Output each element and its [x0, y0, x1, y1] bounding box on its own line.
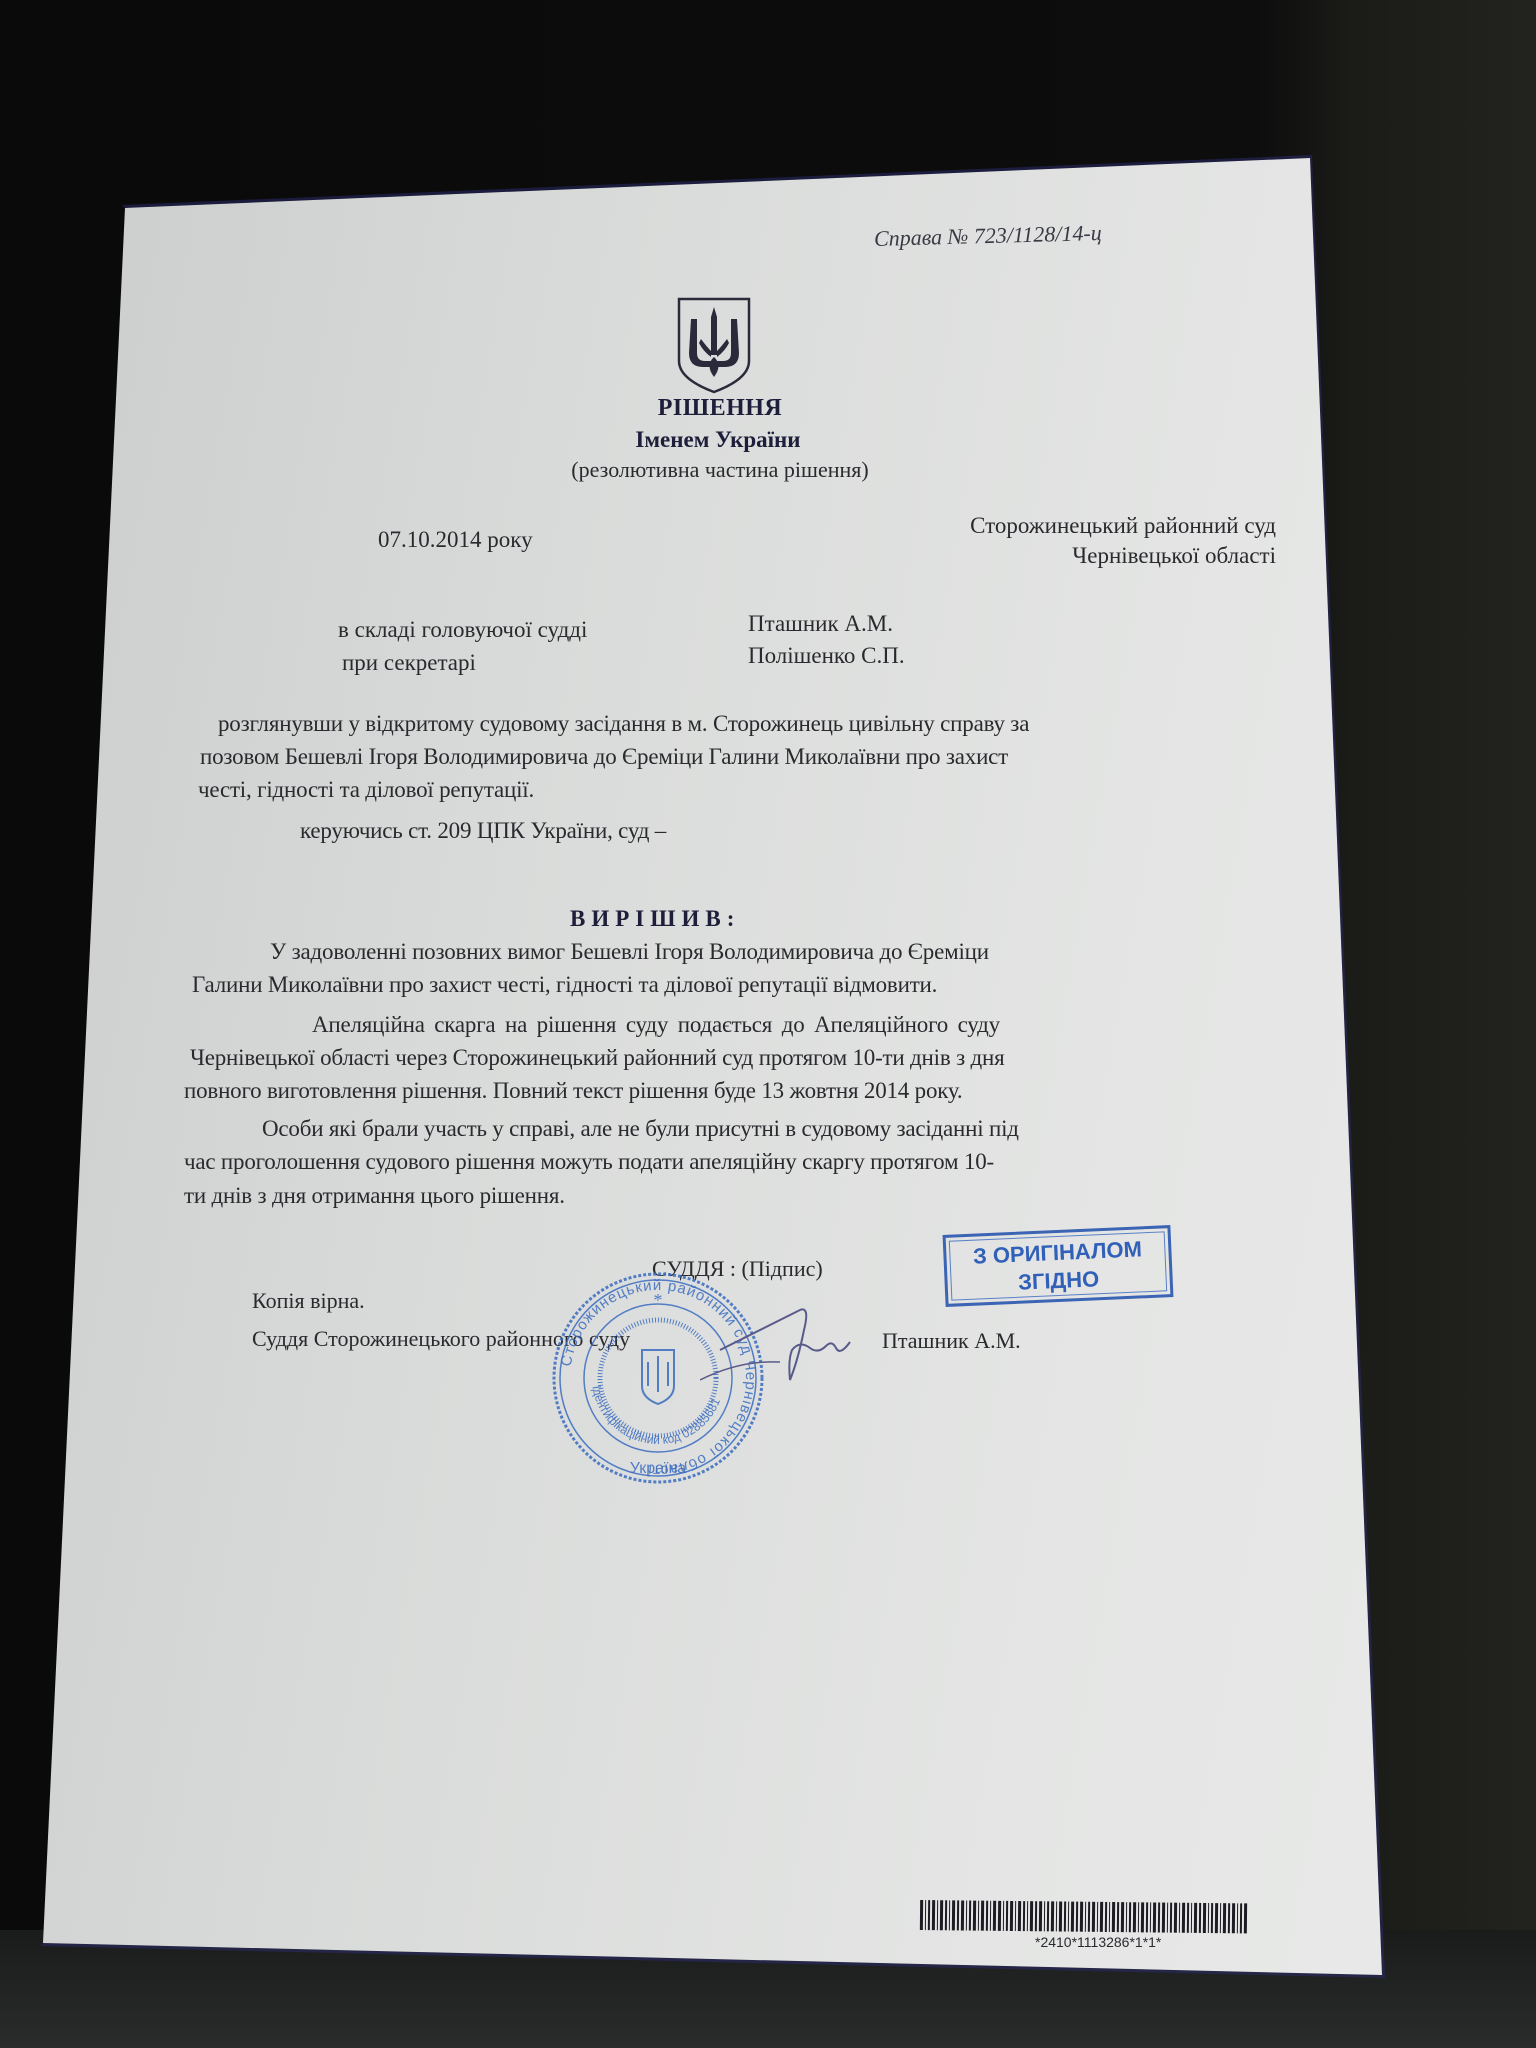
- decision-p2-line3: повного виготовлення рішення. Повний тек…: [184, 1079, 962, 1102]
- decision-p2-line1: Апеляційна скарга на рішення суду подаєт…: [312, 1013, 1000, 1036]
- decision-p1-line1: У задоволенні позовних вимог Бешевлі Іго…: [270, 940, 989, 963]
- intro-line-4: керуючись ст. 209 ЦПК України, суд –: [300, 819, 666, 842]
- barcode: [920, 1900, 1300, 1934]
- decision-p3-line1: Особи які брали участь у справі, але не …: [262, 1117, 1019, 1140]
- decided-heading: ВИРІШИВ:: [570, 907, 740, 930]
- decision-p3-line2: час проголошення судового рішення можуть…: [184, 1150, 994, 1173]
- judge-name: Пташник А.М.: [748, 612, 893, 635]
- decision-p1-line2: Галини Миколаївни про захист честі, гідн…: [192, 973, 937, 996]
- case-number: Справа № 723/1128/14-ц: [874, 222, 1102, 250]
- intro-line-1: розглянувши у відкритому судовому засіда…: [218, 712, 1029, 735]
- seal-bottom-text: Україна: [630, 1460, 687, 1477]
- ukraine-coat-of-arms-icon: [675, 295, 753, 395]
- svg-text:*: *: [654, 1290, 663, 1310]
- document-title: РІШЕННЯ: [640, 396, 800, 420]
- certified-copy-stamp: З ОРИГІНАЛОМ ЗГІДНО: [943, 1225, 1174, 1307]
- judge-label: в складі головуючої судді: [338, 618, 587, 641]
- court-name-line2: Чернівецької області: [860, 544, 1276, 567]
- intro-line-3: честі, гідності та ділової репутації.: [198, 778, 534, 801]
- court-decision-document: Справа № 723/1128/14-ц РІШЕННЯ Іменем Ук…: [0, 0, 1536, 2048]
- decision-p2-line2: Чернівецької області через Сторожинецьки…: [190, 1046, 1005, 1069]
- court-name-line1: Сторожинецький районний суд: [860, 514, 1276, 537]
- signatory-judge-name: Пташник А.М.: [882, 1330, 1021, 1352]
- copy-true-label: Копія вірна.: [252, 1290, 365, 1312]
- handwritten-signature: [700, 1290, 870, 1400]
- document-subtitle: Іменем України: [598, 428, 838, 451]
- document-subtitle-note: (резолютивна частина рішення): [540, 459, 900, 481]
- intro-line-2: позовом Бешевлі Ігоря Володимировича до …: [200, 745, 1008, 768]
- barcode-number: *2410*1113286*1*1*: [1035, 1935, 1161, 1949]
- secretary-label: при секретарі: [342, 651, 476, 674]
- decision-p3-line3: ти днів з дня отримання цього рішення.: [184, 1184, 565, 1207]
- decision-date: 07.10.2014 року: [378, 528, 533, 551]
- secretary-name: Полішенко С.П.: [748, 644, 905, 667]
